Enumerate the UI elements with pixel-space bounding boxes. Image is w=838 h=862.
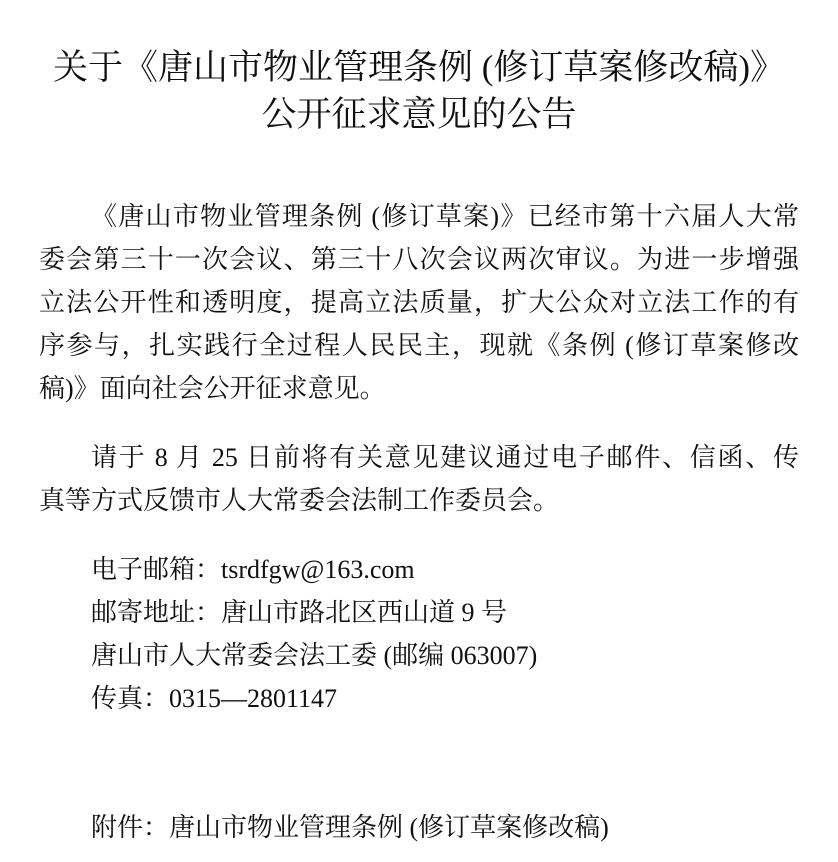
contact-email-line: 电子邮箱：tsrdfgw@163.com — [39, 548, 799, 591]
paragraph2-line-2: 真等方式反馈市人大常委会法制工作委员会。 — [39, 479, 799, 522]
announcement-page: 关于《唐山市物业管理条例 (修订草案修改稿)》 公开征求意见的公告 《唐山市物业… — [0, 0, 838, 862]
contact-fax-line: 传真：0315—2801147 — [39, 677, 799, 720]
contact-block: 电子邮箱：tsrdfgw@163.com 邮寄地址：唐山市路北区西山道 9 号 … — [39, 548, 799, 720]
paragraph2-line-1: 请于 8 月 25 日前将有关意见建议通过电子邮件、信函、传 — [39, 436, 799, 479]
paragraph1-line-2: 委会第三十一次会议、第三十八次会议两次审议。为进一步增强 — [39, 238, 799, 281]
paragraph1-line-5: 稿)》面向社会公开征求意见。 — [39, 367, 799, 410]
page-title: 关于《唐山市物业管理条例 (修订草案修改稿)》 公开征求意见的公告 — [39, 44, 799, 138]
contact-address-line: 邮寄地址：唐山市路北区西山道 9 号 — [39, 591, 799, 634]
title-line-2: 公开征求意见的公告 — [39, 91, 799, 138]
title-line-1: 关于《唐山市物业管理条例 (修订草案修改稿)》 — [39, 44, 799, 91]
paragraph1-line-1: 《唐山市物业管理条例 (修订草案)》已经市第十六届人大常 — [39, 195, 799, 238]
contact-organization-line: 唐山市人大常委会法工委 (邮编 063007) — [39, 634, 799, 677]
paragraph1-line-3: 立法公开性和透明度，提高立法质量，扩大公众对立法工作的有 — [39, 281, 799, 324]
paragraph1-line-4: 序参与，扎实践行全过程人民民主，现就《条例 (修订草案修改 — [39, 324, 799, 367]
announcement-body: 《唐山市物业管理条例 (修订草案)》已经市第十六届人大常 委会第三十一次会议、第… — [39, 195, 799, 849]
attachment-line: 附件：唐山市物业管理条例 (修订草案修改稿) — [39, 806, 799, 849]
